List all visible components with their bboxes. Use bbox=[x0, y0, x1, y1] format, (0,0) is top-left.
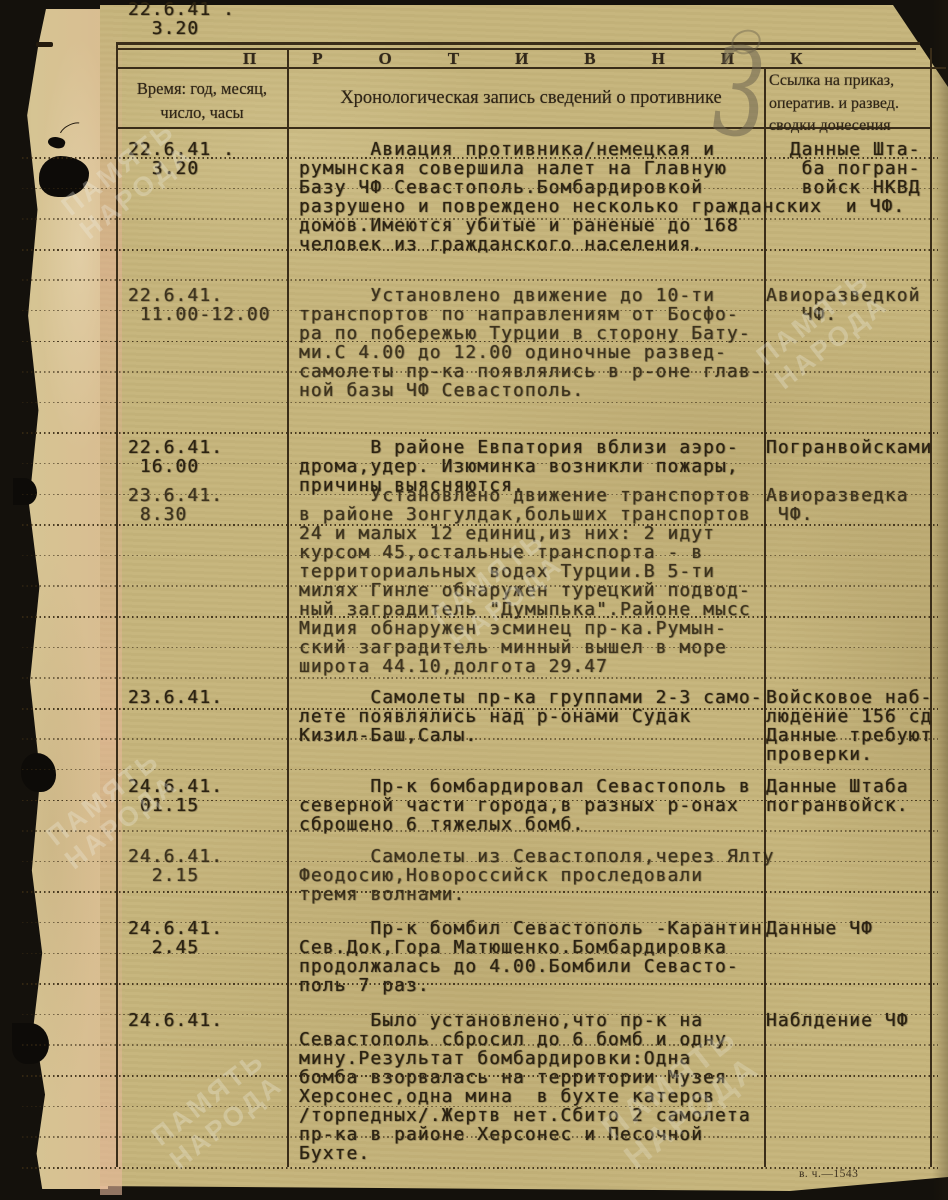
ruled-line bbox=[22, 677, 938, 678]
ruled-line bbox=[22, 279, 938, 280]
entry-reference: Войсковое наб- людение 156 сд Данные тре… bbox=[766, 688, 932, 764]
paper-hole bbox=[21, 753, 56, 792]
entry-text: Установлено движение до 10-ти транспорто… bbox=[299, 286, 763, 400]
column-divider-time bbox=[287, 48, 289, 1167]
table-top-border bbox=[116, 42, 920, 45]
entry-text: Самолеты пр-ка группами 2-3 само- лете п… bbox=[299, 688, 763, 745]
entry-text: Установлено движение транспортов в район… bbox=[299, 486, 751, 676]
entry-reference: Данные Шта- ба погран- войск НКВД bbox=[766, 140, 921, 197]
entry-reference: Авиоразведкой ЧФ. bbox=[766, 286, 921, 324]
entry-time: 24.6.41. 2.15 bbox=[128, 847, 223, 885]
entry-reference: Данные ЧФ bbox=[766, 919, 873, 938]
paper-hole bbox=[13, 478, 37, 505]
scan-edge-shadow bbox=[932, 0, 948, 1200]
entry-text: Было установлено,что пр-к на Севастополь… bbox=[299, 1011, 751, 1163]
ink-mark bbox=[36, 42, 53, 47]
ruled-line bbox=[22, 402, 938, 403]
entry-text: Самолеты из Севастополя,через Ялту Феодо… bbox=[299, 847, 774, 904]
entry-time: 22.6.41 . 3.20 bbox=[128, 0, 235, 38]
entry-reference: Авиоразведка ЧФ. bbox=[766, 486, 909, 524]
entry-reference: Данные Штаба погранвойск. bbox=[766, 777, 909, 815]
entry-time: 23.6.41. bbox=[128, 688, 223, 707]
ruled-line bbox=[22, 769, 938, 770]
table-left-border bbox=[116, 44, 118, 1167]
entry-time: 24.6.41. bbox=[128, 1011, 223, 1030]
scanned-journal-page: ПРОТИВНИК Время: год, месяц, число, часы… bbox=[0, 0, 948, 1200]
entry-time: 22.6.41 . 3.20 bbox=[128, 140, 235, 178]
entry-time: 22.6.41. 11.00-12.00 bbox=[128, 286, 271, 324]
entry-time: 23.6.41. 8.30 bbox=[128, 486, 223, 524]
entry-time: 24.6.41. 01.15 bbox=[128, 777, 223, 815]
page-edge-tint bbox=[100, 5, 122, 1195]
ruled-line bbox=[22, 432, 938, 434]
column-header-time: Время: год, месяц, число, часы bbox=[118, 77, 286, 125]
entry-reference: Погранвойсками bbox=[766, 438, 932, 457]
entry-reference: Наблдение ЧФ bbox=[766, 1011, 909, 1030]
entry-text: Пр-к бомбардировал Севастополь в северно… bbox=[299, 777, 751, 834]
column-header-record: Хронологическая запись сведений о против… bbox=[302, 88, 760, 109]
entry-text: Пр-к бомбил Севастополь -Карантин Сев.До… bbox=[299, 919, 763, 995]
entry-time: 22.6.41. 16.00 bbox=[128, 438, 223, 476]
form-print-code: в. ч.—1543 bbox=[799, 1168, 858, 1180]
entry-time: 24.6.41. 2.45 bbox=[128, 919, 223, 957]
column-header-reference: Ссылка на приказ, оператив. и развед. св… bbox=[769, 70, 934, 138]
